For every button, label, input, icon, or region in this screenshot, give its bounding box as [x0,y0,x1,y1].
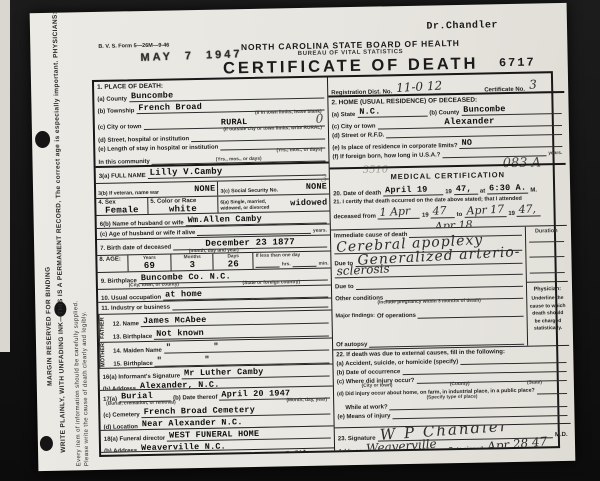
filed-year-value: 47 [173,454,188,455]
margin-note-binding: MARGIN RESERVED FOR BINDING [43,171,54,386]
certify-to-label: to [457,212,463,218]
marital-label: 6(a) Single, married, widowed, or divorc… [220,200,288,212]
birthplace-hint-1: (City, town, or county) [129,282,179,288]
date-signed-value: Apr 28 47 [486,434,547,450]
stay-hint: (Yrs., mos., or days) [276,148,322,154]
cemetery-value: French Broad Cemetery [144,405,255,417]
home-foreign-suffix: years. [548,151,562,156]
birthdate-value: December 23 1877 [205,237,295,249]
occupation-label: 10. Usual occupation [101,295,161,302]
mother-birthplace-value: ″ ″ [157,355,210,366]
cemetery-label: (c) Cemetery [103,412,139,419]
duration-box: Duration [526,226,568,283]
operations-label: Of operations [377,313,416,320]
dueto1-line-b: sclerosis [336,261,390,278]
external-b-label: (b) Date of occurrence [337,369,401,376]
external-c-hint-state: (State) [527,380,542,385]
physician-note-head: Physician: [529,285,566,294]
home-county-label: (b) County [429,110,459,117]
section-father: FATHER 12. NameJames McAbee 13. Birthpla… [98,310,331,342]
father-name-label: 12. Name [113,321,139,328]
scanned-death-certificate: MARGIN RESERVED FOR BINDING WRITE PLAINL… [0,0,600,481]
certificate-header: Dr.Chandler B. V. S. Form 5—26M—9-46 MAY… [90,11,554,80]
marital-value: widowed [290,198,327,209]
father-name-value: James McAbee [143,315,207,326]
father-birthplace-label: 13. Birthplace [113,334,152,341]
autopsy-label: Of autopsy [336,342,367,349]
doctor-annotation: Dr.Chandler [426,20,498,32]
death-date-label: 20. Date of death [333,190,381,197]
spouse-value: Wm.Allen Camby [188,214,262,225]
external-e-label: (e) Means of injury [337,413,390,420]
physician-note: Physician: Underline the cause to which … [527,282,569,346]
external-c-hint-county: (County) [450,382,470,387]
home-city-label: (c) City or town [332,124,376,131]
duration-physician-strip: Duration Physician: Underline the cause … [525,226,569,346]
community-hint: (Yrs., mos., or days) [216,157,262,163]
attended-to-year: 47, [519,202,537,216]
sex-value: Female [105,205,139,216]
form-number: B. V. S. Form 5—26M—9-46 [98,43,169,50]
physician-addr-value: Weaverville [366,437,437,451]
serial-number: 6717 [499,55,536,70]
burial-date-hint: (Month, day, year) [286,398,327,404]
certificate-no-label: Certificate No. [484,87,525,94]
occupation-value: at home [165,289,202,300]
spouse-age-label: (c) Age of husband or wife if alive [100,230,196,238]
city-value: RURAL [221,117,248,128]
mother-birthplace-label: 15. Birthplace [113,361,152,368]
section-physician-signature: 23. Signature W P Chandler M.D. Address … [335,424,571,451]
funeral-director-value: WEST FUNERAL HOME [169,429,259,441]
father-side-label: FATHER [98,315,110,342]
spouse-age-suffix: years. [313,229,327,234]
signature-addr-label: Address [338,449,362,451]
death-year-value: 47, [456,184,472,194]
major-findings-label: Major findings: [335,313,375,320]
birthplace-value: Buncombe Co. N.C. [141,271,231,283]
certificate-paper: MARGIN RESERVED FOR BINDING WRITE PLAINL… [30,3,576,471]
race-value: white [169,204,197,215]
section-home: 2. HOME (USUAL RESIDENCE) OF DECEASED: (… [328,93,565,170]
attended-from-value: 1 Apr [380,204,411,219]
father-birthplace-value: Not known [156,328,204,339]
ssn-value: NONE [306,182,327,192]
veteran-label: 3(b) If veteran, name war [98,190,159,197]
age-days-value: 26 [228,259,239,269]
certificate-form: 1. PLACE OF DEATH: (a) CountyBuncombe (b… [92,71,560,457]
external-c-hint-city: (City or town) [362,383,393,389]
informant-sig-value: Mr Luther Camby [184,367,264,379]
certificate-no-value: 3 [529,77,537,91]
home-state-value: N.C. [359,106,380,116]
filed-date-value: May 5 [122,454,157,455]
home-state-label: (a) State [332,112,356,118]
community-label: In this community [98,159,149,166]
age-hrs-label: hrs. [282,262,291,267]
burial-method-value: Burial [121,391,153,402]
mother-name-value: ″ ″ [166,342,219,353]
burial-location-value: Near Alexander N.C. [142,417,243,429]
home-city-value: Alexander [444,116,495,127]
form-right-column: Registration Dist. No. 11-0 12 Certifica… [328,73,571,450]
external-d-hint: (Specify type of place) [427,395,478,401]
certify-from-label: deceased from [334,214,376,221]
home-foreign-label: (f) If foreign born, how long in U.S.A.? [332,152,440,160]
industry-label: 11. Industry or business [101,305,170,312]
date-signed-label: Date signed [449,447,483,451]
burial-date-label: (b) Date thereof [173,395,217,402]
binding-hole [40,436,53,451]
mother-side-label: MOTHER [99,343,110,368]
physician-note-body: Underline the cause to which death shoul… [529,295,567,333]
home-county-value: Buncombe [463,104,506,115]
form-left-column: 1. PLACE OF DEATH: (a) CountyBuncombe (b… [94,77,335,454]
duration-label: Duration [528,228,565,235]
township-label: (b) Township [98,108,135,115]
home-corporate-value: NO [462,138,473,148]
age-months-value: 3 [189,260,195,270]
full-name-value: Lilly V.Camby [150,167,223,178]
ssn-label: 3(c) Social Security No. [220,187,278,194]
full-name-label: 3(a) FULL NAME [99,173,146,180]
burial-date-value: April 20 1947 [221,388,290,399]
county-value: Buncombe [131,90,174,101]
death-date-value: April 19 [385,185,428,196]
death-time-value: 6:30 A. [489,183,526,194]
section-burial: 17(a)Burial(b) Date thereofApril 20 1947… [100,386,334,430]
margin-note-permanent-record: WRITE PLAINLY, WITH UNFADING INK—THIS IS… [52,51,67,453]
death-at-label: at [480,188,485,194]
adjacent-page-edge [0,0,10,352]
funeral-director-label: 18(a) Funeral director [104,436,165,443]
death-year-prefix: 19 [445,189,452,195]
certify-statement: 21. I certify that death occurred on the… [330,194,566,231]
age-min-label: min. [319,262,329,267]
city-label: (c) City or town [98,124,142,131]
death-m-label: M. [530,187,537,193]
registration-dist-value: 11-0 12 [396,78,443,94]
county-label: (a) County [97,96,127,103]
age-label: 8. AGE: [99,256,125,262]
cause-of-death-block: Immediate cause of death Cerebral apople… [331,226,569,351]
home-street-label: (d) Street or R.F.D. [332,132,384,139]
attended-from-year: 47 [432,204,447,218]
township-value: French Broad [138,102,202,113]
external-work-label: While at work? [337,404,387,411]
binding-hole [35,131,50,148]
section-external-causes: 22. If death was due to external causes,… [333,346,570,429]
veteran-value: NONE [194,184,215,194]
age-years-value: 69 [144,261,155,271]
section-place-of-death: 1. PLACE OF DEATH: (a) CountyBuncombe (b… [94,78,329,168]
registration-dist-label: Registration Dist. No. [331,89,392,96]
attended-to-value: Apr 17 [466,202,504,217]
